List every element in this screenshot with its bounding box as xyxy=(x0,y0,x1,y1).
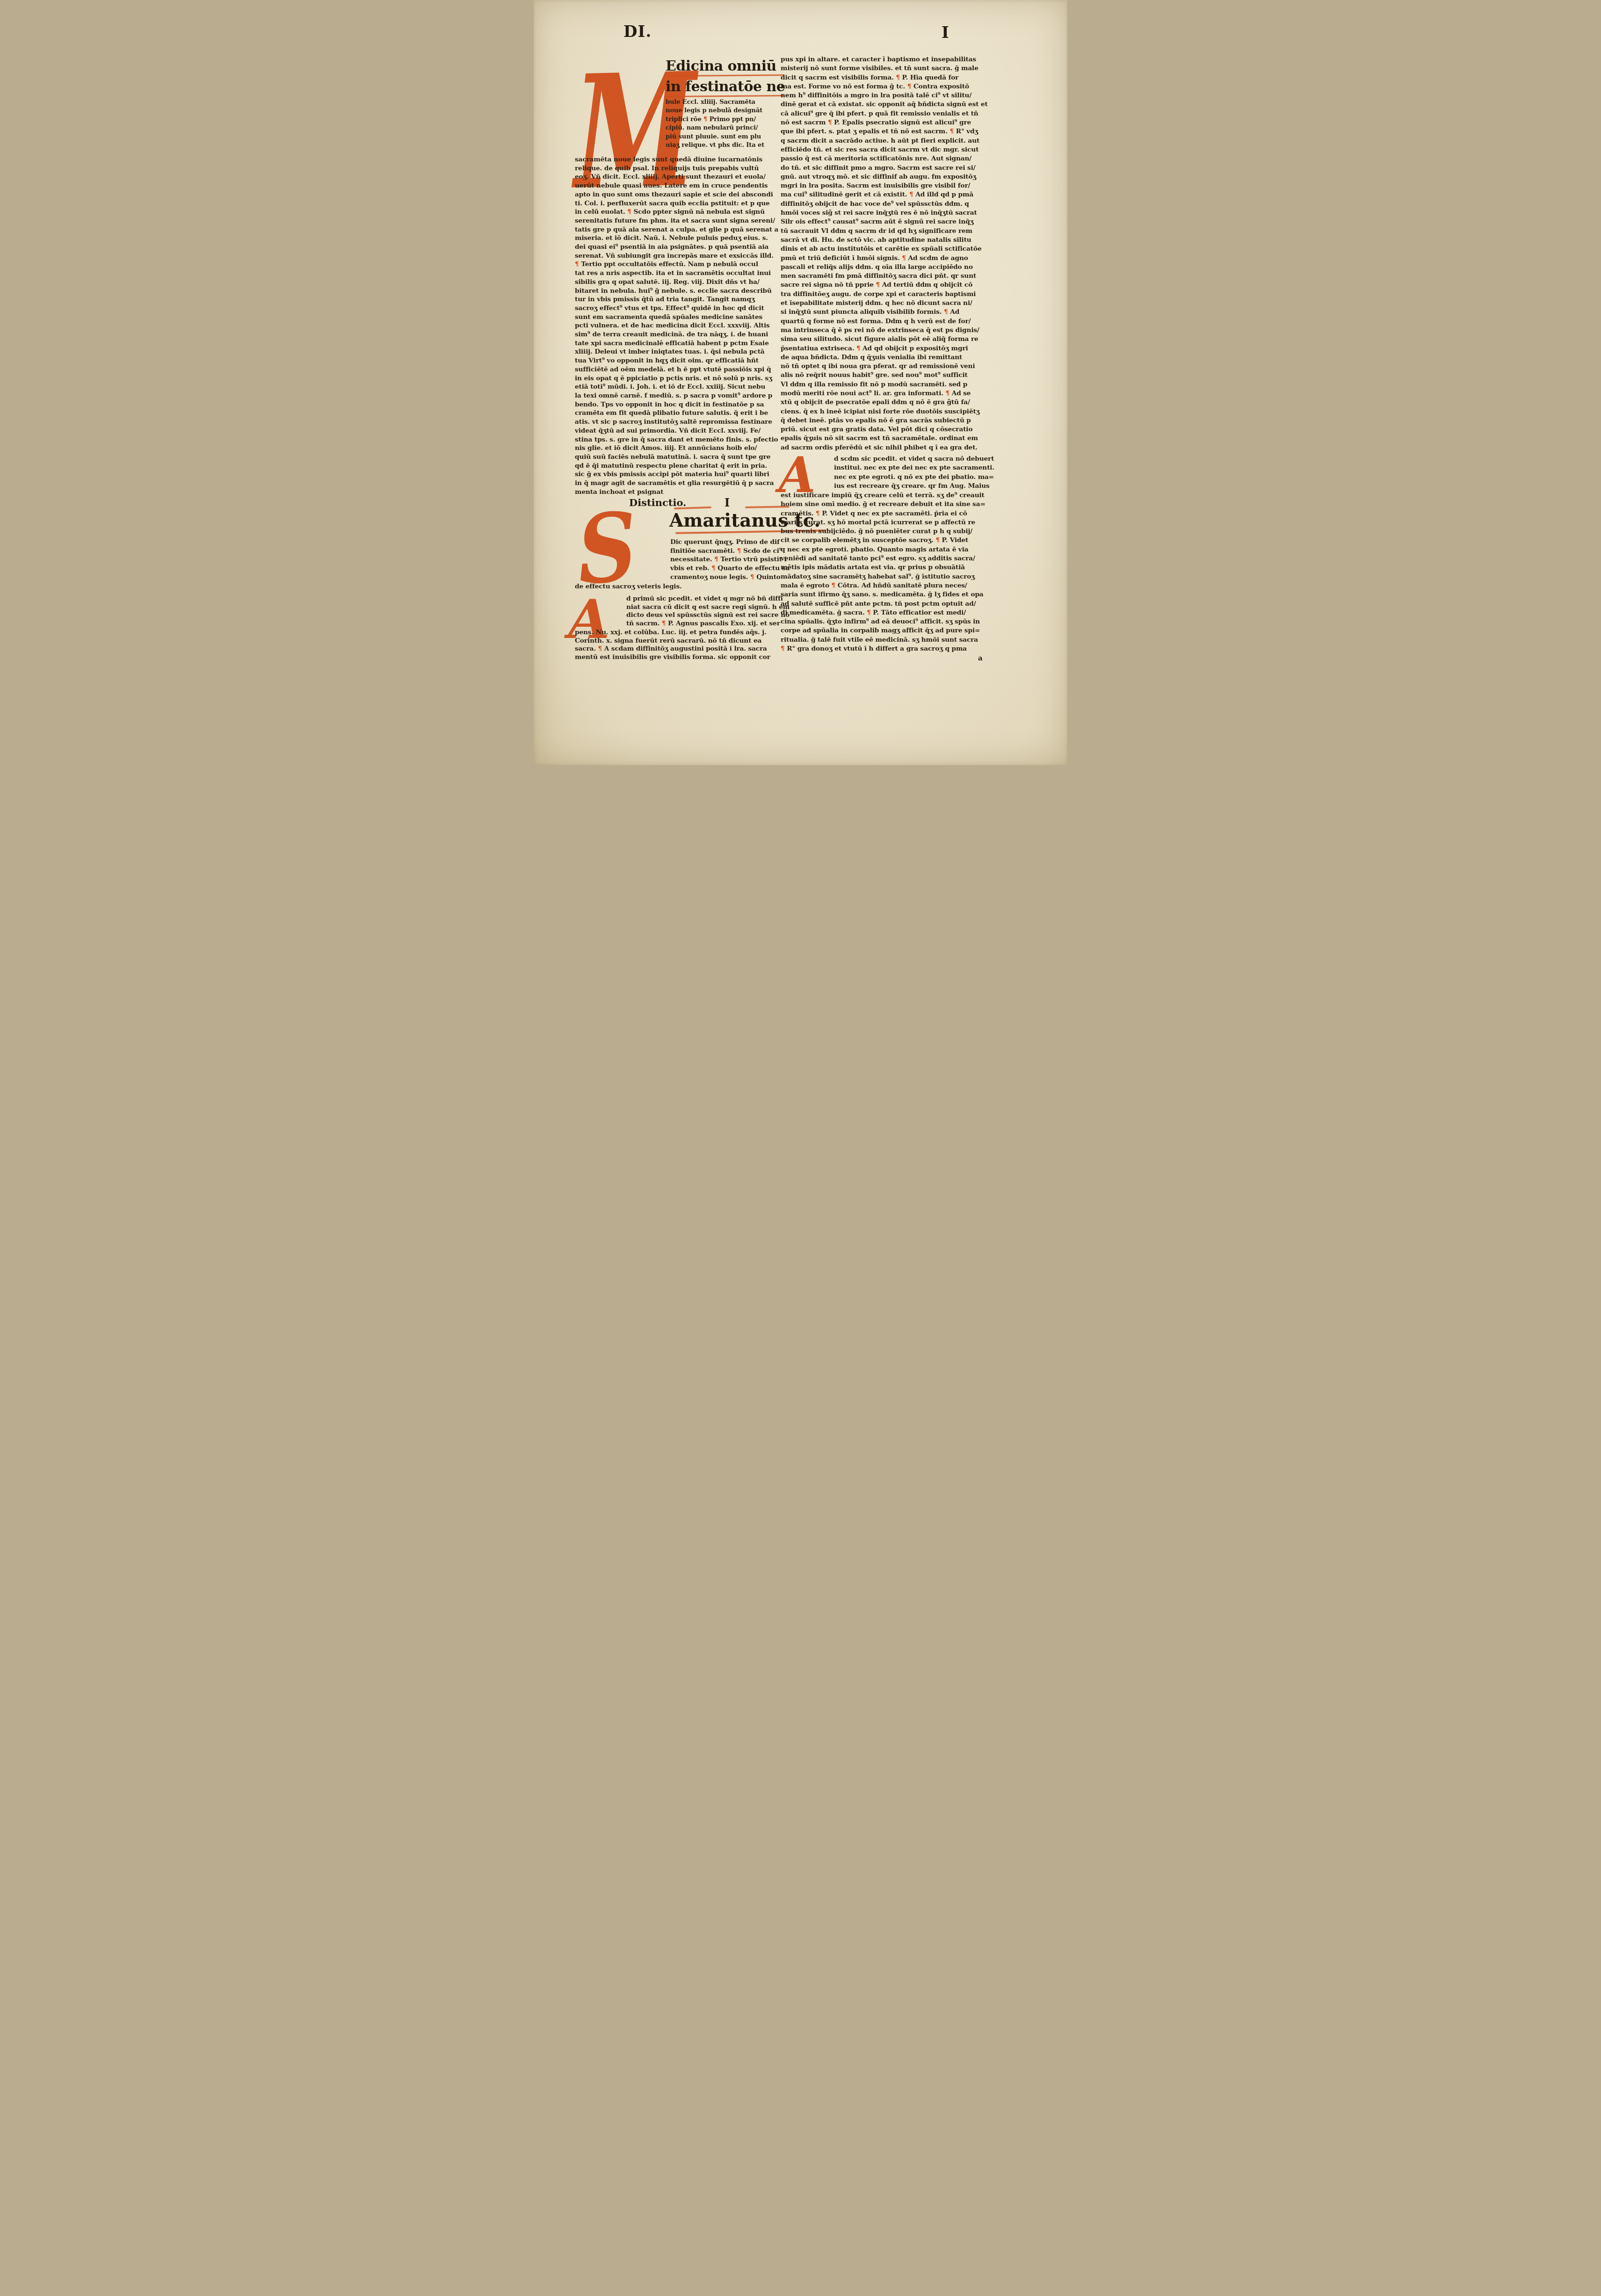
running-head-distinctio: DI. xyxy=(623,22,652,41)
book-page-scan: DI. I M Edicina omniū in festinatōe ne b… xyxy=(534,0,1067,765)
incipit-heading: Edicina omniū in festinatōe ne xyxy=(666,56,782,97)
text-line: sima seu silitudo. sicut figure aialis p… xyxy=(781,335,992,344)
text-line: sibilis gra q opat salutē. iij. Reg. vii… xyxy=(575,278,781,287)
text-line: quartū q forme nō est forma. Ddm q h ver… xyxy=(781,317,992,326)
text-line: q sacrm dicit a sacrādo actiue. h aūt pt… xyxy=(781,137,992,145)
text-line: sim⁹ de terra creauit medicinā. de tra n… xyxy=(575,330,781,339)
text-line: mādatoʒ sine sacramētʒ habebat sal⁹. ḡ ī… xyxy=(781,572,992,581)
text-line: cramēta em fit quedā plibatio future sal… xyxy=(575,409,781,418)
text-line: sacroʒ effect⁹ vtus et tps. Effect⁹ quid… xyxy=(575,304,781,313)
text-line: p̄sentatiua extriseca. ¶ Ad qd obijcit p… xyxy=(781,344,992,353)
text-line: finitiōe sacramēti. ¶ Scdo de ci⁹ xyxy=(670,547,782,556)
text-line: la texi omnē carnē. f mediū. s. p sacra … xyxy=(575,391,781,400)
ad-primum-indent-text: d primū sic pcedit. et videt q mgr nō bñ… xyxy=(626,595,782,628)
text-line: ad salutē sufficē pñt ante pctm. tñ post… xyxy=(781,600,992,608)
text-line: tate xpi sacra medicinalē efficatiā habe… xyxy=(575,339,781,348)
ad-secundum-indent-text: d scdm sic pcedit. et videt q sacra nō d… xyxy=(834,455,992,491)
text-line: do tñ. et sic diffinit pmo a mgro. Sacrm… xyxy=(781,164,992,173)
text-line: veniēdi ad sanitatē tanto pci⁹ est egro.… xyxy=(781,554,992,563)
text-line: sacre rei signa nō tñ pprie ¶ Ad tertiū … xyxy=(781,281,992,290)
text-line: pcti vulnera. et de hac medicina dicit E… xyxy=(575,321,781,330)
text-line: ma est. Forme vo nō est forma ḡ tc. ¶ Co… xyxy=(781,82,992,91)
text-line: serenat. Vñ subiungit gra increpās mare … xyxy=(575,252,781,261)
text-line: ¶ Tertio ppt occultatōis effectū. Nam p … xyxy=(575,260,781,269)
text-line: pmū et triū deficiūt ī hmōi signis. ¶ Ad… xyxy=(781,254,992,263)
text-line: sacramēta noue legis sunt quedā diuine i… xyxy=(575,155,781,164)
text-line: cipiū. nam nebularū princi/ xyxy=(666,124,782,132)
text-line: tur in vbis pmissis q̄tū ad tria tangit.… xyxy=(575,295,781,304)
text-line: necessitate. ¶ Tertio vtrū psistit i xyxy=(670,555,782,564)
text-line: xtū q obijcit de psecratōe epali ddm q n… xyxy=(781,398,992,407)
text-line: mgri in lra posita. Sacrm est inuisibili… xyxy=(781,181,992,190)
text-line: nis glie. et iō dicit Amos. iiij. Et ann… xyxy=(575,444,781,453)
ad-primum-full-text: pens. Nu. xxj. et colūba. Luc. iij. et p… xyxy=(575,629,781,661)
text-line: pascali et reliq̄s alijs ddm. q oīa illa… xyxy=(781,263,992,272)
text-line: sunt em sacramenta quedā spūales medicin… xyxy=(575,313,781,322)
text-line: institui. nec ex pte dei nec ex pte sacr… xyxy=(834,464,992,472)
left-column-opening-text: bule Eccl. xliiij. Sacramētanoue legis p… xyxy=(666,98,782,150)
text-line: mentū est inuisibilis gre visibilis form… xyxy=(575,653,781,662)
text-line: in celū euolat. ¶ Scdo ppter signū nā ne… xyxy=(575,208,781,217)
text-line: etiā toti⁹ mūdi. i. Joh. i. et iō dr Ecc… xyxy=(575,383,781,391)
distinctio-heading: Distinctio. xyxy=(629,497,686,508)
text-line: sacra. ¶ A scdam diffinitōʒ augustini po… xyxy=(575,645,781,653)
text-line: cramentoʒ noue legis. ¶ Quinto xyxy=(670,573,782,582)
left-column-text: sacramēta noue legis sunt quedā diuine i… xyxy=(575,155,781,496)
text-line: d primū sic pcedit. et videt q mgr nō bñ… xyxy=(626,595,782,603)
text-line: nō tñ optet q ibi noua gra pferat. qr ad… xyxy=(781,362,992,371)
text-line: si inq̄ʒtū sunt piuncta aliquib visibili… xyxy=(781,308,992,317)
text-line: que ibi pfert. s. ptat ʒ epalis et tñ nō… xyxy=(781,127,992,136)
text-line: nō est sacrm ¶ P. Epalis psecratio signū… xyxy=(781,118,992,127)
text-line: miseria. et iō dicit. Naū. i. Nebule pul… xyxy=(575,234,781,243)
text-line: ti. Col. i. perfluxerūt sacra quib eccli… xyxy=(575,199,781,208)
folio-number: I xyxy=(942,23,949,42)
text-line: videat q̄ʒtū ad sui primordia. Vñ dicit … xyxy=(575,427,781,435)
distinctio-heading-row: Distinctio. I xyxy=(534,497,777,509)
text-line: in eis opat q ē ppiciatio p pctis nris. … xyxy=(575,374,781,383)
text-line: passio q̄ est cā meritoria sctificatōnis… xyxy=(781,154,992,163)
incipit-line: Edicina omniū xyxy=(666,56,782,77)
text-line: dei quasi ei⁹ psentiā in aia psignātes. … xyxy=(575,243,781,252)
text-line: noue legis p nebulā designāt xyxy=(666,107,782,115)
text-line: triplici rōe ¶ Primo ppt pn/ xyxy=(666,116,782,124)
text-line: gnū. aut vtroqʒ mō. et sic diffinif ab a… xyxy=(781,173,992,181)
text-line: misterij nō sunt forme visibiles. et tñ … xyxy=(781,64,992,73)
text-line: uiaʒ relique. vt phs dic. Ita et xyxy=(666,141,782,150)
text-line: hoiem sine omī medio. ḡ et recreare debu… xyxy=(781,500,992,509)
text-line: nem h⁹ diffinitōis a mgro in lra positā … xyxy=(781,91,992,100)
text-line: cina spūalis. q̄ʒto infirm⁹ ad eā deuoci… xyxy=(781,617,992,626)
text-line: piū sunt pluuie. sunt em plu xyxy=(666,133,782,141)
text-line: mala ē egroto ¶ Cōtra. Ad hñdū sanitatē … xyxy=(781,581,992,590)
text-line: pus xpi in altare. et caracter ī baptism… xyxy=(781,55,992,64)
text-line: tua Virt⁹ vo opponit in hqʒ dicit oim. q… xyxy=(575,356,781,365)
text-line: sic ḡ ex vbis pmissis accipi pōt materia… xyxy=(575,470,781,479)
text-line: tat res a nris aspectib. ita et in sacra… xyxy=(575,269,781,278)
text-line: tatis gre p quā aia serenat a culpa. et … xyxy=(575,225,781,234)
text-line: cit se corpalib elemētʒ in susceptōe sac… xyxy=(781,536,992,545)
text-line: ritualia. ḡ talē fuit vtile eē medicinā.… xyxy=(781,636,992,645)
text-line: bitaret in nebula. hui⁹ ḡ nebule. s. ecc… xyxy=(575,287,781,296)
text-line: eoʒ. Vñ dicit. Eccl. xliiij. Aperti sunt… xyxy=(575,173,781,181)
text-line: pens. Nu. xxj. et colūba. Luc. iij. et p… xyxy=(575,629,781,637)
text-line: quiū suū faciēs nebulā matutinā. i. sacr… xyxy=(575,453,781,462)
text-line: uerūt nebule quasi aues. Latere em in cr… xyxy=(575,181,781,190)
incipit-line: in festinatōe ne xyxy=(666,77,782,97)
text-line: apto in quo sunt oms thezauri sapie et s… xyxy=(575,190,781,199)
text-line: nec ex pte egroti. q nō ex pte dei pbati… xyxy=(834,473,992,482)
text-line: q nec ex pte egroti. pbatio. Quanto magi… xyxy=(781,545,992,554)
text-line: dicit q sacrm est visibilis forma. ¶ P. … xyxy=(781,73,992,82)
text-line: xliiij. Deleui vt imber iniqtates tuas. … xyxy=(575,348,781,356)
text-line: d scdm sic pcedit. et videt q sacra nō d… xyxy=(834,455,992,464)
text-line: stina tps. s. gre in q̄ sacra dant et me… xyxy=(575,435,781,444)
text-line: men sacramēti fm pmā diffinitōʒ sacra di… xyxy=(781,272,992,281)
text-line: est iustificare impiū q̄ʒ creare celū et… xyxy=(781,491,992,500)
signature-mark: a xyxy=(978,654,983,662)
text-line: bendo. Tps vo opponit in hoc q dicit in … xyxy=(575,400,781,409)
text-line: ma cui⁹ silitudinē gerit et cā existit. … xyxy=(781,190,992,199)
samaritanus-question-list: Dic querunt q̄nqʒ. Primo de diffinitiōe … xyxy=(670,538,782,582)
text-line: ma intrinseca q̄ ē ps rei nō de extrinse… xyxy=(781,326,992,335)
text-line: alis nō req̄rit nouus habit⁹ gre. sed no… xyxy=(781,371,992,380)
text-line: in q̄ magr agit de sacramētis et glia re… xyxy=(575,479,781,488)
text-line: efficiēdo tñ. et sic res sacra dicit sac… xyxy=(781,145,992,154)
text-line: cā alicui⁹ gre q̄ ibi pfert. p quā fit r… xyxy=(781,109,992,118)
text-line: cramētis. ¶ P. Videt q nec ex pte sacram… xyxy=(781,509,992,518)
text-line: vbis et reb. ¶ Quarto de effectu sa xyxy=(670,564,782,573)
text-line: mētis ipis mādatis artata est via. qr pr… xyxy=(781,563,992,572)
text-line: sufficiētē ad oēm medelā. et h ē ppt vtu… xyxy=(575,365,781,374)
text-line: et īsepabilitate misterij ddm. q hec nō … xyxy=(781,299,992,308)
text-line: Dic querunt q̄nqʒ. Primo de dif xyxy=(670,538,782,547)
text-line: sacrā vt di. Hu. de sctō vic. ab aptitud… xyxy=(781,236,992,245)
text-line: q̄ debet ineē. ptās vo epalis nō ē gra s… xyxy=(781,416,992,425)
text-line: bus trenis subijciēdo. ḡ nō pueniēter cu… xyxy=(781,527,992,536)
text-line: tra diffinitōeʒ augu. de corpe xpi et ca… xyxy=(781,290,992,299)
text-line: niat sacra cū dicit q est sacre regi sig… xyxy=(626,603,782,612)
text-line: serenitatis future fm phm. ita et sacra … xyxy=(575,217,781,225)
text-line: tñ sacrm. ¶ P. Agnus pascalis Exo. xij. … xyxy=(626,620,782,628)
text-line: tū sacrauit Vl ddm q sacrm dr id qd hʒ s… xyxy=(781,227,992,236)
text-line: de aqua bñdicta. Ddm q q̄ʒuis venialia i… xyxy=(781,353,992,362)
text-line: relique. de quib psal. In reliquijs tuis… xyxy=(575,164,781,173)
text-line: di medicamēta. ḡ sacra. ¶ P. Tāto effica… xyxy=(781,608,992,617)
text-line: atis. vt sic p sacroʒ institutōʒ saltē r… xyxy=(575,418,781,427)
text-line: priū. sicut est gra gratis data. Vel pōt… xyxy=(781,425,992,434)
text-line: dicto deus vel spūssctūs signū est rei s… xyxy=(626,611,782,620)
text-line: modū meriti rōe noui act⁹ li. ar. gra in… xyxy=(781,389,992,398)
right-column-text: pus xpi in altare. et caracter ī baptism… xyxy=(781,55,992,452)
text-line: corpe ad spūalia in corpalib magʒ affici… xyxy=(781,626,992,635)
text-line: Corinth. x. signa fuerūt rerū sacrarū. n… xyxy=(575,637,781,645)
text-line: dinis et ab actu institutōis et carētie … xyxy=(781,245,992,254)
text-line: Vl ddm q illa remissio fit nō p modū sac… xyxy=(781,380,992,389)
text-line: Silr ois effect⁹ causat⁹ sacrm aūt ē sig… xyxy=(781,217,992,226)
text-line: ciens. q̄ ex h ineē icipiat nisi forte r… xyxy=(781,407,992,416)
text-line: dinē gerat et cā existat. sic opponit aq… xyxy=(781,100,992,109)
text-line: ¶ R° gra donoʒ et vtutū ī h differt a gr… xyxy=(781,645,992,653)
text-line: saria sunt ifirmo q̄ʒ sano. s. medicamēt… xyxy=(781,590,992,599)
ad-secundum-full-text: est iustificare impiū q̄ʒ creare celū et… xyxy=(781,491,992,653)
text-line: hmōi voces sig̃ st rei sacre inq̄ʒtū res… xyxy=(781,209,992,217)
text-line: epalis q̄ʒuis nō sit sacrm est tñ sacram… xyxy=(781,434,992,443)
text-line: diffinitōʒ obijcit de hac voce de⁹ vel s… xyxy=(781,200,992,209)
text-line: qd ē q̄i matutinū respectu plene charita… xyxy=(575,462,781,471)
text-line: ius est recreare q̄ʒ creare. qr fm Aug. … xyxy=(834,482,992,491)
text-line: bule Eccl. xliiij. Sacramēta xyxy=(666,98,782,107)
distinctio-number: I xyxy=(724,496,730,509)
text-line: trarijs curat. sʒ hō mortal pctā icurrer… xyxy=(781,518,992,527)
